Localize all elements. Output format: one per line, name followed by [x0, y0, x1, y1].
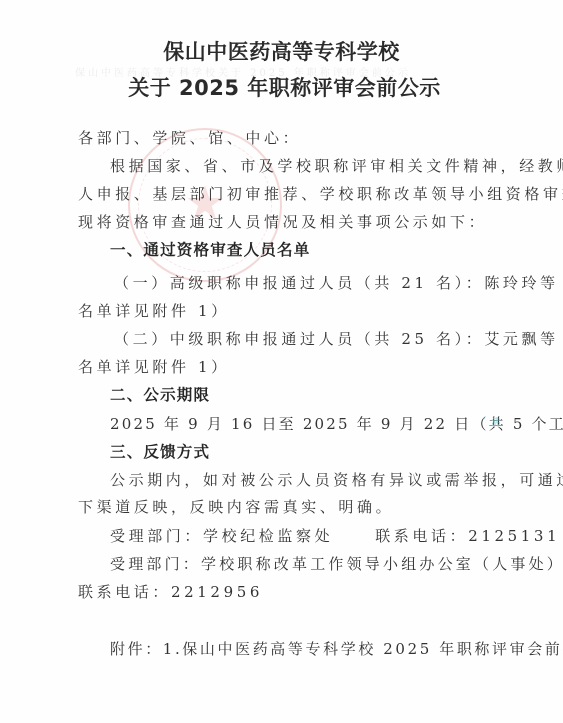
contact-phone-hr: 联系电话：2212956: [78, 582, 263, 602]
feedback-text-line-2: 下渠道反映，反映内容需真实、明确。: [78, 497, 394, 517]
document-title-school: 保山中医药高等专科学校: [0, 36, 563, 66]
senior-title-approved-line-cont: 名单详见附件 1）: [78, 301, 230, 321]
section-heading-approved-list: 一、通过资格审查人员名单: [110, 240, 310, 260]
document-page: 保山中医药高等专科学校关于 2025 年职称评审会前公示 ★ 保山中医药高等专科…: [0, 0, 563, 723]
intermediate-title-approved-line: （二）中级职称申报通过人员（共 25 名）：艾元飘等（具体: [114, 329, 563, 349]
section-heading-publicity-period: 二、公示期限: [110, 385, 210, 405]
intro-line-2: 人申报、基层部门初审推荐、学校职称改革领导小组资格审查，: [78, 184, 563, 204]
intro-line-1: 根据国家、省、市及学校职称评审相关文件精神，经教师个: [110, 156, 563, 176]
contact-phone-discipline: 联系电话：2125131: [375, 527, 560, 545]
attachment-note: 附件：1.保山中医药高等专科学校 2025 年职称评审会前公: [110, 639, 563, 659]
contact-dept-hr: 受理部门：学校职称改革工作领导小组办公室（人事处）: [110, 554, 563, 574]
intermediate-title-approved-line-cont: 名单详见附件 1）: [78, 357, 230, 377]
salutation: 各部门、学院、馆、中心：: [78, 128, 301, 148]
contact-dept-discipline: 受理部门：学校纪检监察处: [110, 527, 333, 545]
feedback-text-line-1: 公示期内，如对被公示人员资格有异议或需举报，可通过以: [110, 470, 563, 490]
senior-title-approved-line: （一）高级职称申报通过人员（共 21 名）：陈玲玲等（具体: [114, 273, 563, 293]
contact-row-discipline: 受理部门：学校纪检监察处联系电话：2125131: [110, 526, 560, 546]
section-heading-feedback: 三、反馈方式: [110, 442, 210, 462]
scan-artifact-mark: ˙ 沸: [482, 415, 501, 428]
document-title-subject: 关于 2025 年职称评审会前公示: [3, 72, 563, 102]
intro-line-3: 现将资格审查通过人员情况及相关事项公示如下：: [78, 212, 487, 232]
